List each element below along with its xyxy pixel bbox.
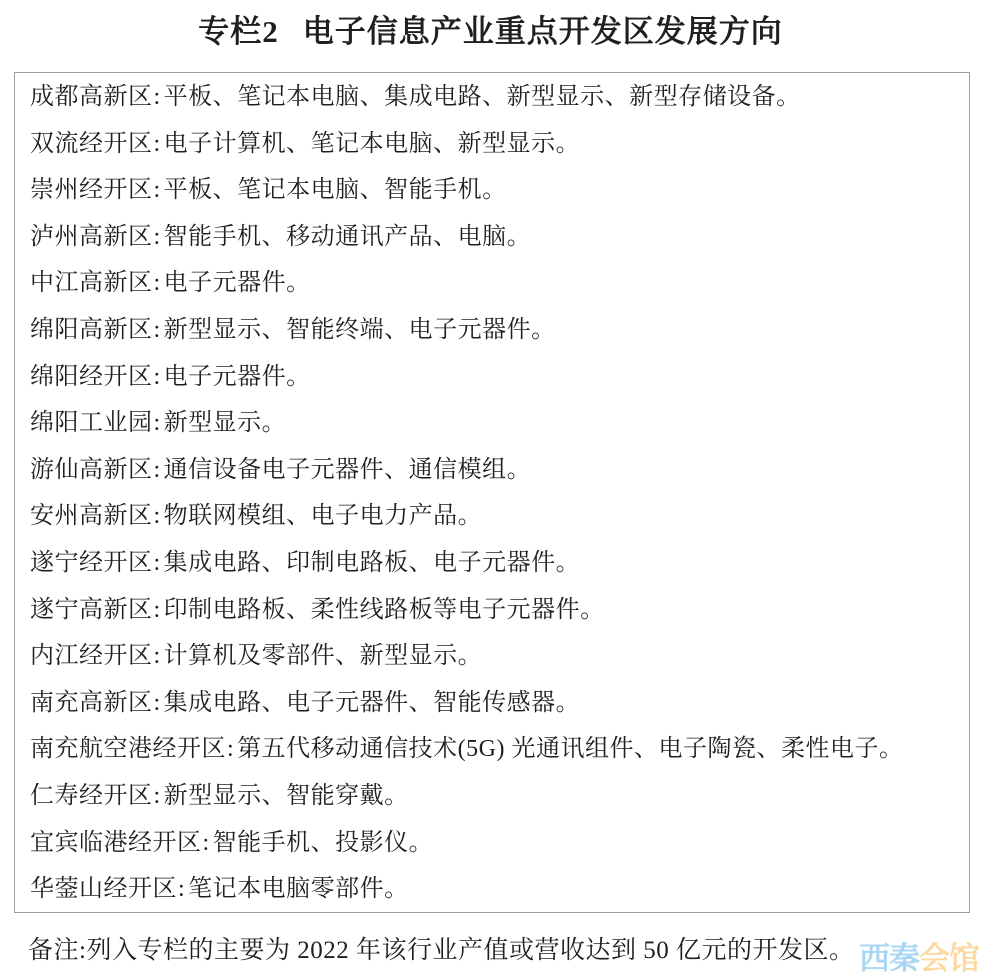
- zone-name: 遂宁高新区: [30, 597, 153, 623]
- zone-name: 内江经开区: [30, 643, 153, 669]
- list-item: 绵阳高新区:新型显示、智能终端、电子元器件。: [30, 307, 957, 354]
- page-title: 专栏2电子信息产业重点开发区发展方向: [0, 6, 981, 51]
- list-item: 仁寿经开区:新型显示、智能穿戴。: [30, 773, 957, 820]
- page: { "title": { "label": "专栏2", "text": "电子…: [0, 0, 981, 972]
- list-item: 安州高新区:物联网模组、电子电力产品。: [30, 493, 957, 540]
- zone-products: 电子元器件。: [164, 270, 311, 296]
- colon-separator: :: [153, 597, 164, 623]
- list-item: 遂宁高新区:印制电路板、柔性线路板等电子元器件。: [30, 587, 957, 634]
- zone-products: 印制电路板、柔性线路板等电子元器件。: [164, 597, 605, 623]
- zone-products: 新型显示、智能终端、电子元器件。: [164, 317, 556, 343]
- zone-name: 双流经开区: [30, 131, 153, 157]
- colon-separator: :: [153, 410, 164, 436]
- colon-separator: :: [153, 364, 164, 390]
- colon-separator: :: [153, 177, 164, 203]
- list-item: 中江高新区:电子元器件。: [30, 260, 957, 307]
- zone-name: 崇州经开区: [30, 177, 153, 203]
- zone-name: 成都高新区: [30, 84, 153, 110]
- zone-products: 智能手机、移动通讯产品、电脑。: [164, 224, 532, 250]
- zone-products: 集成电路、电子元器件、智能传感器。: [164, 690, 581, 716]
- zone-products: 平板、笔记本电脑、智能手机。: [164, 177, 507, 203]
- list-item: 遂宁经开区:集成电路、印制电路板、电子元器件。: [30, 540, 957, 587]
- zone-products: 平板、笔记本电脑、集成电路、新型显示、新型存储设备。: [164, 84, 801, 110]
- colon-separator: :: [226, 736, 237, 762]
- zone-name: 泸州高新区: [30, 224, 153, 250]
- colon-separator: :: [153, 224, 164, 250]
- list-item: 崇州经开区:平板、笔记本电脑、智能手机。: [30, 167, 957, 214]
- colon-separator: :: [153, 643, 164, 669]
- zone-products: 第五代移动通信技术(5G) 光通讯组件、电子陶瓷、柔性电子。: [237, 736, 903, 762]
- colon-separator: :: [177, 876, 188, 902]
- list-item: 华蓥山经开区:笔记本电脑零部件。: [30, 866, 957, 913]
- list-item: 内江经开区:计算机及零部件、新型显示。: [30, 633, 957, 680]
- zone-name: 南充航空港经开区: [30, 736, 226, 762]
- zone-name: 安州高新区: [30, 503, 153, 529]
- colon-separator: :: [153, 317, 164, 343]
- list-item: 游仙高新区:通信设备电子元器件、通信模组。: [30, 447, 957, 494]
- zone-products: 笔记本电脑零部件。: [188, 876, 409, 902]
- watermark: 西秦会馆: [859, 933, 979, 972]
- zone-products: 电子计算机、笔记本电脑、新型显示。: [164, 131, 581, 157]
- list-item: 绵阳经开区:电子元器件。: [30, 354, 957, 401]
- list-item: 宜宾临港经开区:智能手机、投影仪。: [30, 820, 957, 867]
- watermark-first: 西秦: [859, 941, 919, 972]
- colon-separator: :: [153, 783, 164, 809]
- title-text: 电子信息产业重点开发区发展方向: [303, 14, 783, 49]
- colon-separator: :: [153, 84, 164, 110]
- colon-separator: :: [153, 503, 164, 529]
- column-label: 专栏2: [198, 14, 279, 49]
- zone-products: 电子元器件。: [164, 364, 311, 390]
- colon-separator: :: [202, 830, 213, 856]
- zone-products: 通信设备电子元器件、通信模组。: [164, 457, 532, 483]
- list-item: 双流经开区:电子计算机、笔记本电脑、新型显示。: [30, 121, 957, 168]
- colon-separator: :: [153, 270, 164, 296]
- zone-name: 遂宁经开区: [30, 550, 153, 576]
- list-item: 南充高新区:集成电路、电子元器件、智能传感器。: [30, 680, 957, 727]
- zone-products: 智能手机、投影仪。: [213, 830, 434, 856]
- development-zone-panel: 成都高新区:平板、笔记本电脑、集成电路、新型显示、新型存储设备。 双流经开区:电…: [14, 72, 970, 913]
- zone-products: 新型显示。: [164, 410, 287, 436]
- zone-name: 华蓥山经开区: [30, 876, 177, 902]
- colon-separator: :: [153, 690, 164, 716]
- list-item: 南充航空港经开区:第五代移动通信技术(5G) 光通讯组件、电子陶瓷、柔性电子。: [30, 726, 957, 773]
- zone-name: 南充高新区: [30, 690, 153, 716]
- zone-name: 中江高新区: [30, 270, 153, 296]
- list-item: 绵阳工业园:新型显示。: [30, 400, 957, 447]
- zone-products: 计算机及零部件、新型显示。: [164, 643, 483, 669]
- zone-products: 新型显示、智能穿戴。: [164, 783, 409, 809]
- zone-name: 绵阳经开区: [30, 364, 153, 390]
- zone-name: 绵阳高新区: [30, 317, 153, 343]
- zone-name: 游仙高新区: [30, 457, 153, 483]
- colon-separator: :: [153, 457, 164, 483]
- footnote: 备注:列入专栏的主要为 2022 年该行业产值或营收达到 50 亿元的开发区。: [28, 936, 854, 966]
- watermark-second: 会馆: [919, 941, 979, 972]
- zone-products: 集成电路、印制电路板、电子元器件。: [164, 550, 581, 576]
- zone-name: 仁寿经开区: [30, 783, 153, 809]
- zone-name: 宜宾临港经开区: [30, 830, 202, 856]
- list-item: 成都高新区:平板、笔记本电脑、集成电路、新型显示、新型存储设备。: [30, 74, 957, 121]
- colon-separator: :: [153, 550, 164, 576]
- zone-products: 物联网模组、电子电力产品。: [164, 503, 483, 529]
- colon-separator: :: [153, 131, 164, 157]
- list-item: 泸州高新区:智能手机、移动通讯产品、电脑。: [30, 214, 957, 261]
- zone-name: 绵阳工业园: [30, 410, 153, 436]
